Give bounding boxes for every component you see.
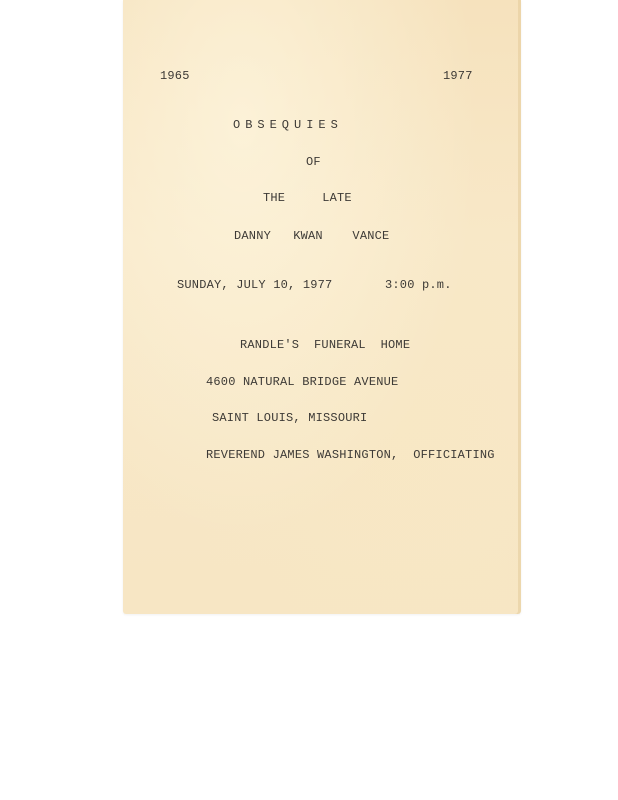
venue-city: SAINT LOUIS, MISSOURI (212, 411, 367, 425)
heading-the-late: THE LATE (263, 191, 352, 205)
venue-name: RANDLE'S FUNERAL HOME (240, 338, 410, 352)
service-date: SUNDAY, JULY 10, 1977 (177, 278, 332, 292)
venue-address: 4600 NATURAL BRIDGE AVENUE (206, 375, 398, 389)
officiant: REVEREND JAMES WASHINGTON, OFFICIATING (206, 448, 495, 462)
deceased-name: DANNY KWAN VANCE (234, 229, 389, 243)
death-year: 1977 (443, 69, 473, 83)
heading-obsequies: OBSEQUIES (233, 118, 343, 132)
program-page: 1965 1977 OBSEQUIES OF THE LATE DANNY KW… (123, 0, 521, 614)
birth-year: 1965 (160, 69, 190, 83)
service-time: 3:00 p.m. (385, 278, 452, 292)
heading-of: OF (306, 155, 321, 169)
